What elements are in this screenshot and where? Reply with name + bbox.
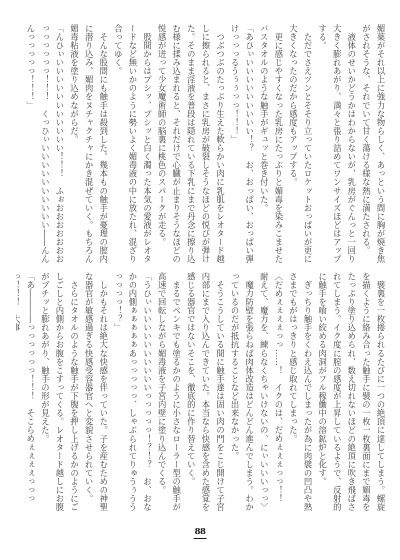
scanned-novel-page: 媚薬がそれ以上に強力な物らしく、あっという間に胸が焼き焦がされそうな、それでいて… — [0, 0, 400, 560]
paragraph: さらにタオルのような触手が下腹を押し上げるかのようにごしごしと内側からお腹をこす… — [38, 272, 82, 512]
dialogue-paragraph: 「うひぃいいいいいいいいいいっっっっっ！？！？ お、おなかの内側ぁぁぁぁぁあっっ… — [111, 272, 155, 512]
paragraph: ぎっちり触手をくわえ込んでしまったが為に肉襞の凹凸や熱さまでもがはっきりと感じ取… — [286, 272, 315, 512]
text-block-top: 媚薬がそれ以上に強力な物らしく、あっという間に胸が焼き焦がされそうな、それでいて… — [16, 24, 388, 264]
paragraph: そうこうしている間に触手達は固い肉の門をこじ開けて子宮内部にまで入り込んできてい… — [184, 272, 228, 512]
thought-paragraph: 〈だめぇぇぇぇっっ……！ イクのは、だめぇぇぇっっ！！ 耐えて、魔力を、練らなく… — [257, 272, 286, 512]
dialogue-paragraph: 「あ――――っっっっっっ！！！ そこらめぇぇぇぇっっっっ！！！ 大事 — [16, 272, 38, 512]
paragraph: そんな股間にも触手は殺到した。幾本もの触手が憂理の膣内に潜り込み、媚肉をヌチャク… — [67, 24, 111, 264]
paragraph: つぶつぶのたっぷり生えた軟らかい肉に乳肌をレオタード越しに擦られると、まさに乳房… — [155, 24, 228, 264]
paragraph: 襞裏を一枚捲られるたびに一つの絶頂に達してしまう。螺旋を描くように絡み合った触手… — [315, 272, 388, 512]
paragraph: しかもそれは絶大な快感を伴っていた。子を産むための神聖な器官が敏感過ぎる快感受容… — [82, 272, 111, 512]
dialogue-paragraph: 「あひぃいいいいいいいいい！？ お、おっぱい、おっぱい弾けっっっるうぅぅっっ！！… — [227, 24, 256, 264]
dialogue-paragraph: 「んひぃいいいいいいいいいいい！！！ ふぉおおおおおおおっっっっっっ！！！ くっ… — [23, 24, 67, 264]
paragraph: まるでペンキでも塗るかのように小さなローラー型の触手が高速で回転しながら媚毒液を… — [155, 272, 184, 512]
paragraph: 更に感じやすくなった乳房にたっぷりと媚毒を染みこませたバスタオルのような触手がギ… — [257, 24, 286, 264]
page-number: 88 — [194, 528, 207, 539]
paragraph: 媚薬がそれ以上に強力な物らしく、あっという間に胸が焼き焦がされそうな、それでいて… — [359, 24, 388, 264]
text-block-bottom: 襞裏を一枚捲られるたびに一つの絶頂に達してしまう。螺旋を描くように絡み合った触手… — [16, 272, 388, 512]
paragraph: 股間からはプシッ、プシッと白く濁った本気の愛液がレオタードなど無いかのように勢い… — [111, 24, 155, 264]
paragraph: ただでさえツンとそそり立っていたロケットおっぱいが更に大きくなったのだから感度も… — [286, 24, 315, 264]
paragraph: 液体のせいかどうかはわからないが、乳房がぐんっと一回り大きく膨れあがり、満々と張… — [315, 24, 359, 264]
paragraph: 魔力防壁を張らねば肉体改造はどんどん進んでしまう。わかっているのだが抵抗すること… — [227, 272, 256, 512]
